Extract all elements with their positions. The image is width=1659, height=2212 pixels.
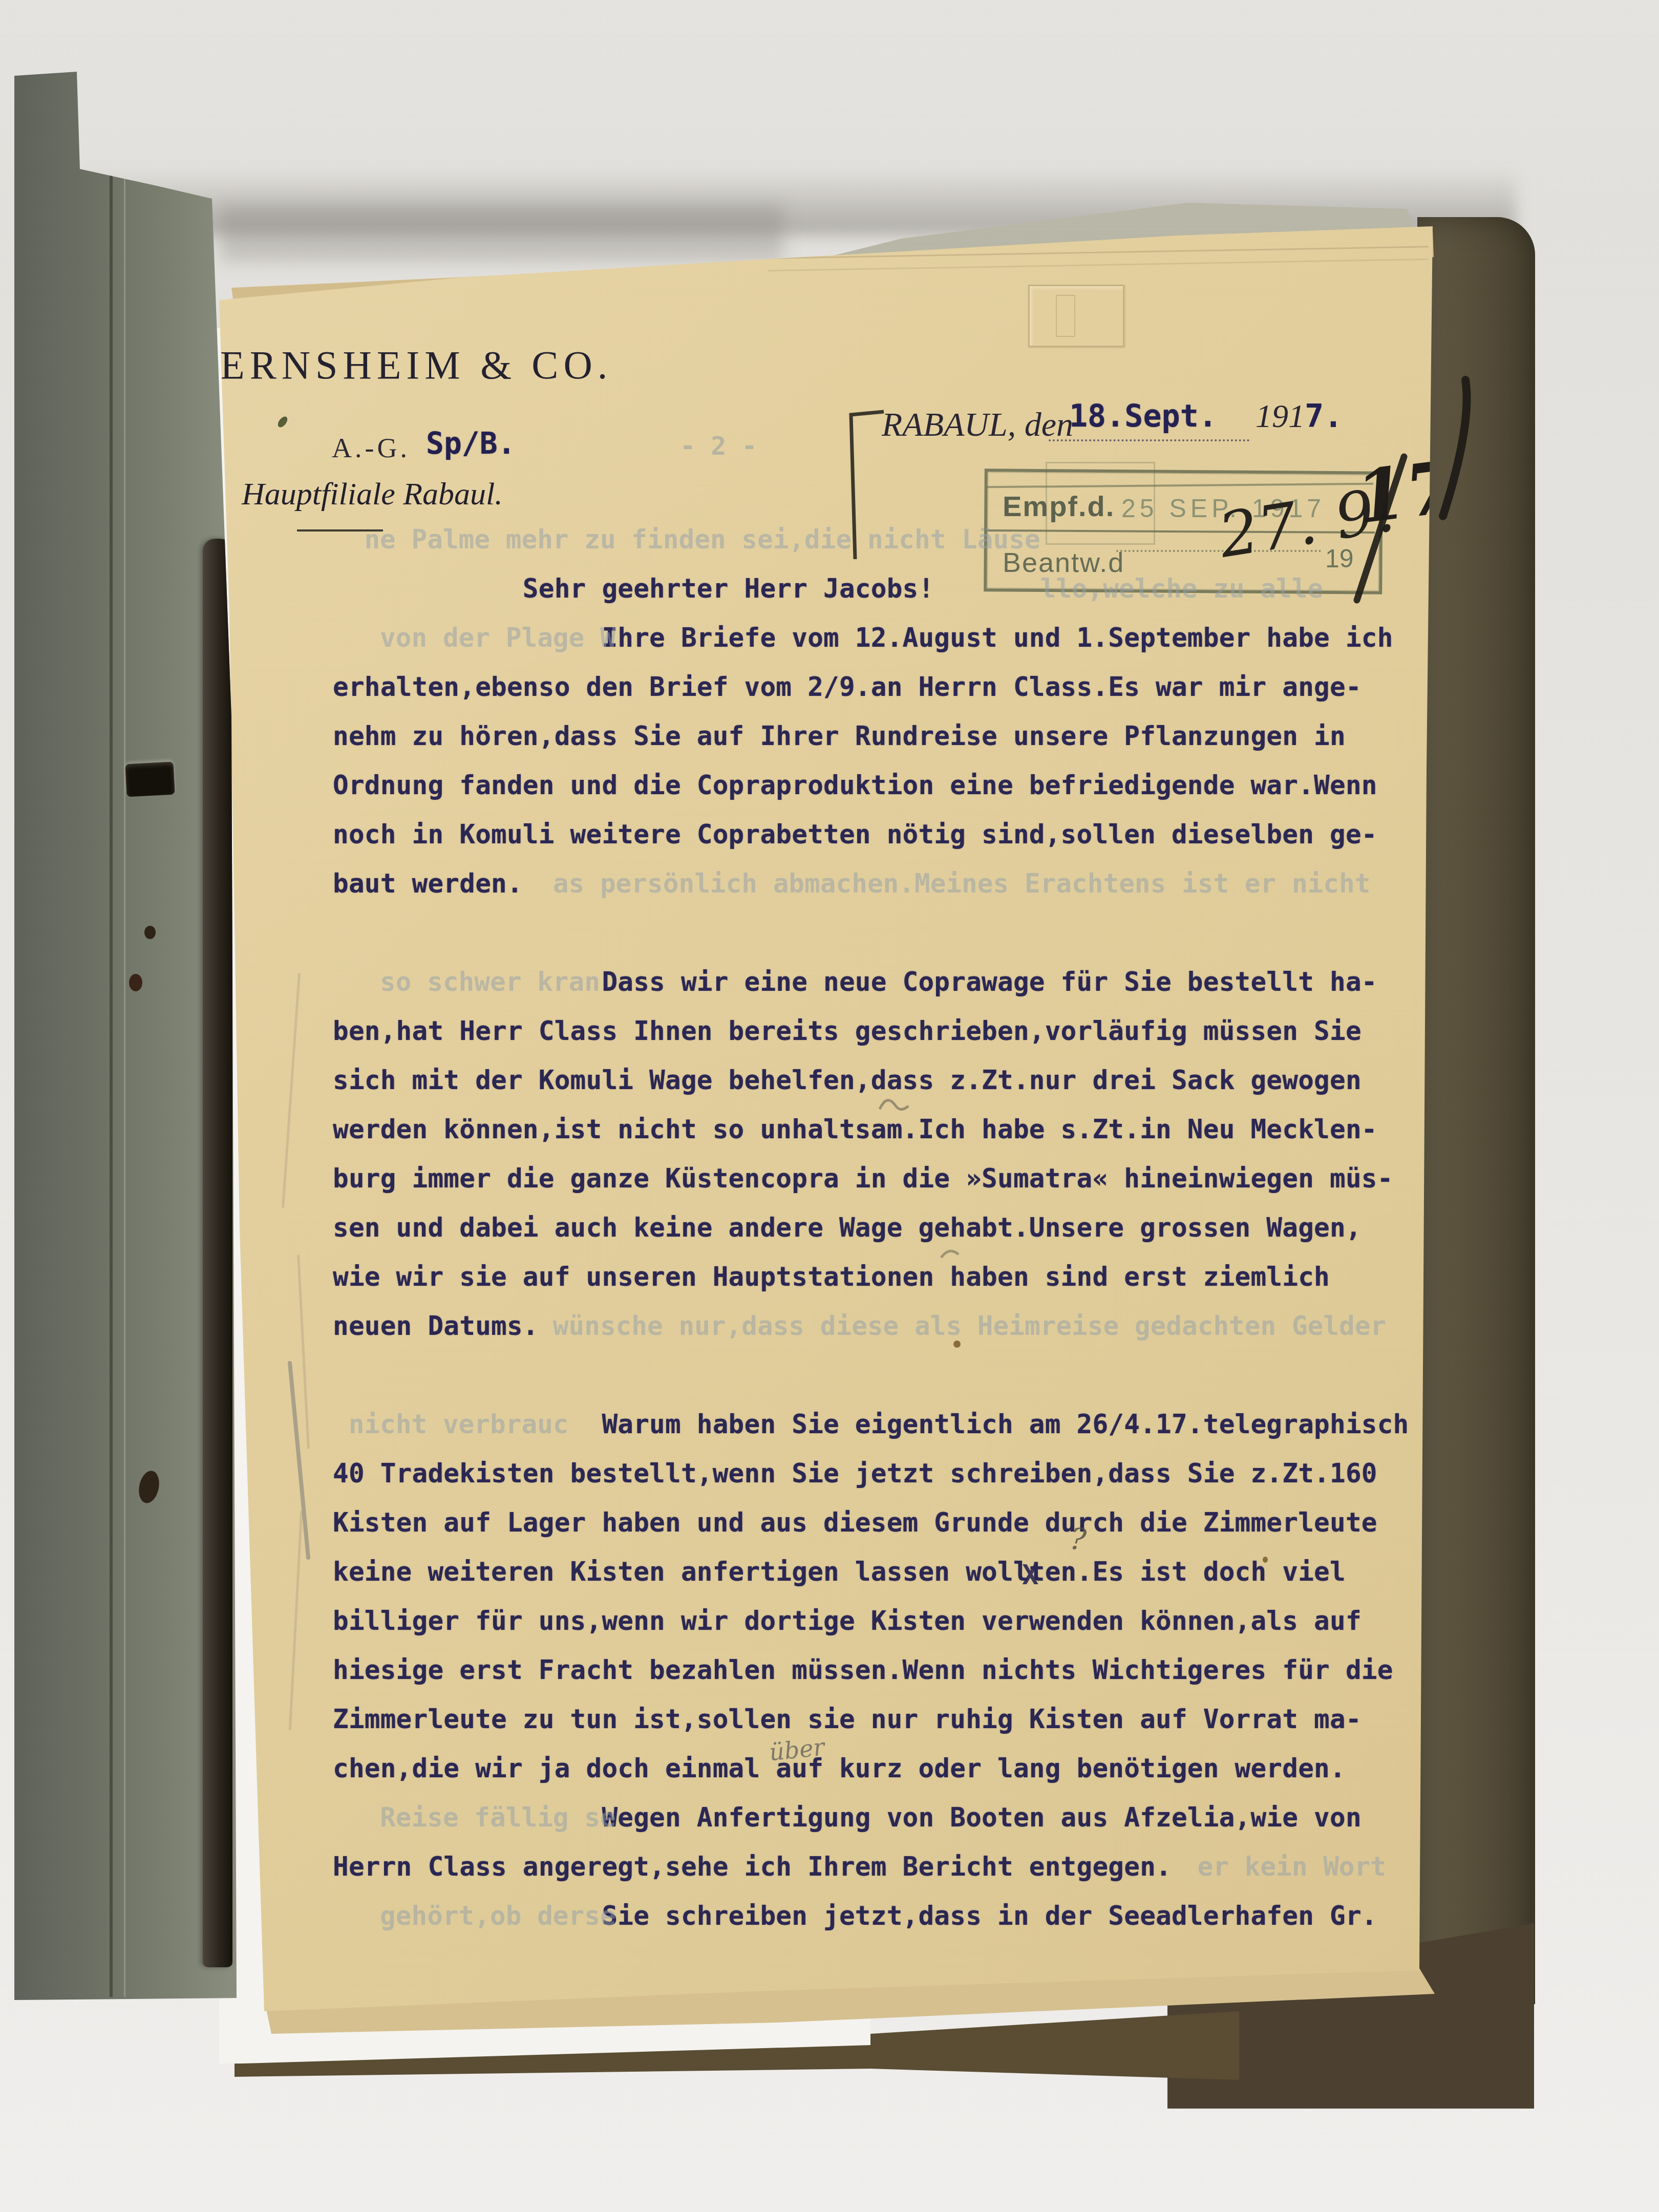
- ghost-bleedthrough-line: von der Plage W: [380, 625, 616, 651]
- embossed-blind-stamp-inner: [1056, 295, 1075, 337]
- dateline-dotted-rule: [1049, 439, 1249, 441]
- paper-crease: [768, 259, 1429, 272]
- typed-strikeover-x: X: [1022, 1559, 1039, 1591]
- folder-crease-line: [110, 77, 113, 1997]
- binder-metal-bar: [203, 539, 232, 1967]
- stamp-received-label: Empf.d.: [1003, 490, 1115, 523]
- margin-pencil-scribble: [289, 1511, 303, 1731]
- letter-line: wie wir sie auf unseren Hauptstationen h…: [333, 1264, 1330, 1290]
- letter-line: Sehr geehrter Herr Jacobs!: [333, 576, 934, 602]
- ghost-bleedthrough-line: as persönlich abmachen.Meines Erachtens …: [553, 871, 1371, 897]
- ghost-bleedthrough-line: gehört,ob derse: [380, 1903, 616, 1929]
- letter-line: noch in Komuli weitere Coprabetten nötig…: [333, 822, 1377, 848]
- embossed-blind-stamp: [1028, 285, 1124, 347]
- folder-crease-highlight: [124, 77, 125, 1997]
- ghost-page-number: - 2 -: [680, 431, 757, 461]
- dateline-typed-date: 18.Sept.: [1069, 398, 1217, 434]
- year-typed: 7.: [1305, 397, 1343, 435]
- ghost-bleedthrough-line: wünsche nur,dass diese als Heimreise ged…: [553, 1313, 1386, 1339]
- dateline-place: RABAUL, den: [882, 406, 1073, 444]
- ghost-bleedthrough-line: so schwer kran: [380, 969, 600, 995]
- letter-line: hiesige erst Fracht bezahlen müssen.Wenn…: [333, 1657, 1393, 1684]
- letter-line: nehm zu hören,dass Sie auf Ihrer Rundrei…: [333, 724, 1346, 750]
- folder-back-cover-right: [1417, 217, 1535, 2004]
- letter-line: Herrn Class angeregt,sehe ich Ihrem Beri…: [333, 1854, 1172, 1880]
- letter-line: neuen Datums.: [333, 1313, 539, 1339]
- letterhead-branch-line: Hauptfiliale Rabaul.: [242, 476, 503, 513]
- ink-speck: [276, 415, 289, 429]
- letter-line: keine weiteren Kisten anfertigen lassen …: [333, 1559, 1346, 1585]
- letter-line: Ordnung fanden und die Copraproduktion e…: [333, 773, 1377, 799]
- pencil-note-ueber: über: [768, 1733, 825, 1766]
- folder-stain: [136, 1469, 162, 1505]
- letter-line: sen und dabei auch keine andere Wage geh…: [333, 1215, 1362, 1241]
- top-edge-soft-shadow: [220, 205, 783, 261]
- pencil-question-mark: ?: [1069, 1521, 1088, 1558]
- margin-pencil-scribble: [297, 1254, 310, 1449]
- ghost-bleedthrough-line: nicht verbrauc: [349, 1412, 569, 1438]
- ghost-bleedthrough-line: er kein Wort: [1198, 1854, 1386, 1880]
- letter-line: burg immer die ganze Küstencopra in die …: [333, 1166, 1393, 1192]
- letter-line: sich mit der Komuli Wage behelfen,dass z…: [333, 1068, 1362, 1094]
- letterhead-company-name: ERNSHEIM & CO.: [220, 342, 612, 388]
- letter-line: chen,die wir ja doch einmal auf kurz ode…: [333, 1756, 1346, 1782]
- ghost-bleedthrough-line: ne Palme mehr zu finden sei,die nicht Lä…: [364, 527, 1040, 553]
- paper-stain: [953, 1341, 961, 1348]
- ghost-bleedthrough-line: Reise fällig se: [380, 1805, 616, 1831]
- folder-stain: [144, 926, 156, 939]
- typed-reference-mark: Sp/B.: [426, 426, 516, 461]
- letter-line: 40 Tradekisten bestellt,wenn Sie jetzt s…: [333, 1461, 1377, 1487]
- letter-line: Kisten auf Lager haben und aus diesem Gr…: [333, 1510, 1377, 1536]
- binder-slot: [125, 762, 175, 797]
- letterhead-legal-form: A.-G.: [332, 432, 410, 464]
- ghost-bleedthrough-line: llo,welche zu alle: [1040, 576, 1324, 602]
- letter-line: Zimmerleute zu tun ist,sollen sie nur ru…: [333, 1707, 1362, 1733]
- paper-stain: [1263, 1557, 1268, 1563]
- folder-stain: [129, 974, 142, 991]
- letter-line: baut werden.: [333, 871, 523, 897]
- margin-pencil-scribble: [282, 973, 301, 1208]
- year-printed: 191: [1256, 398, 1305, 434]
- letter-line: ben,hat Herr Class Ihnen bereits geschri…: [333, 1018, 1362, 1045]
- letter-line: werden können,ist nicht so unhaltsam.Ich…: [333, 1117, 1377, 1143]
- letter-line: billiger für uns,wenn wir dortige Kisten…: [333, 1608, 1362, 1634]
- dateline-year: 1917.: [1256, 397, 1343, 435]
- letter-line: erhalten,ebenso den Brief vom 2/9.an Her…: [333, 674, 1362, 700]
